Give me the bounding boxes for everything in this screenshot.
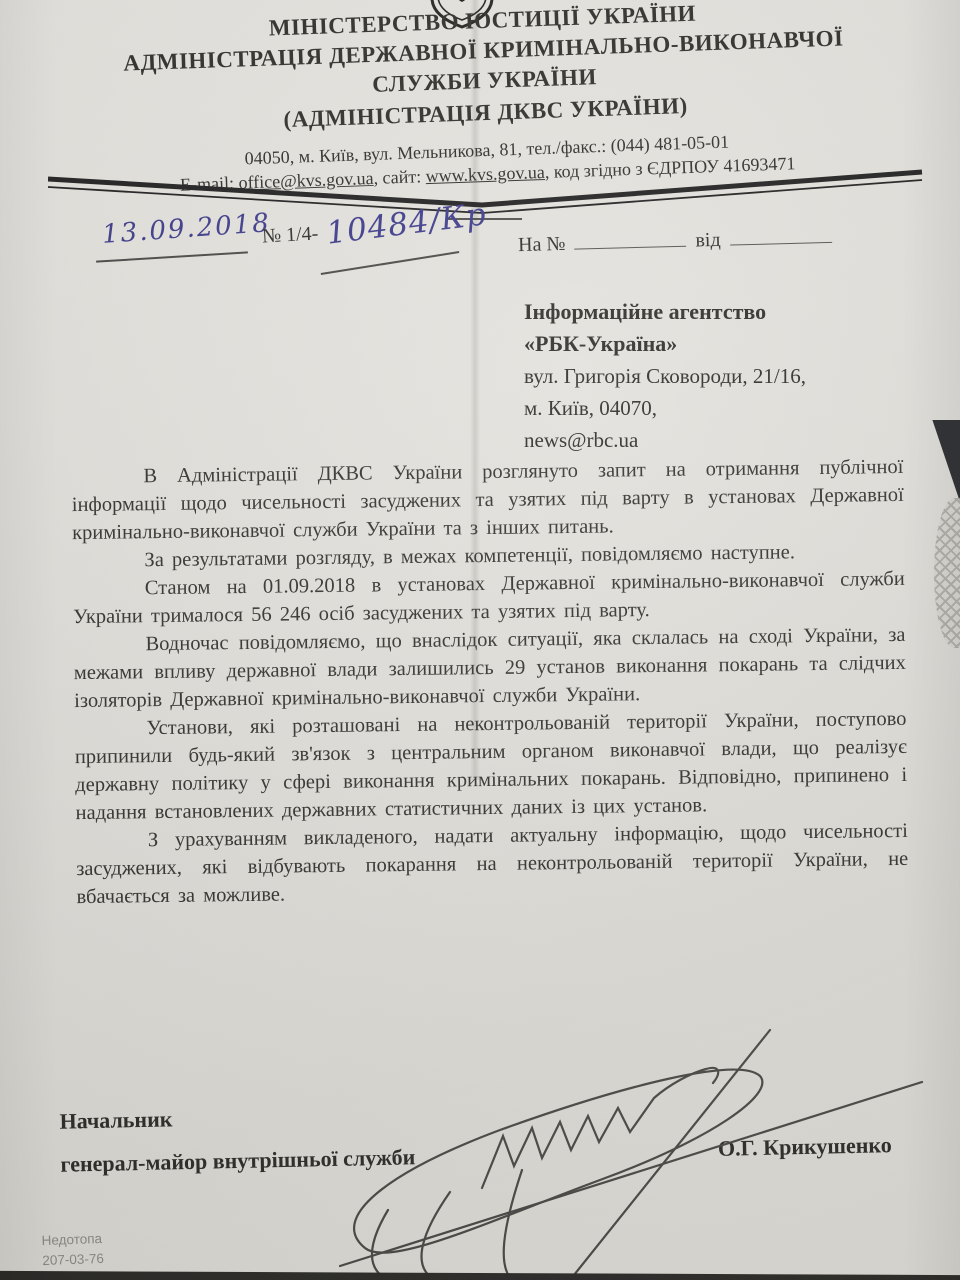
scanned-letter-page: МІНІСТЕРСТВО ЮСТИЦІЇ УКРАЇНИ АДМІНІСТРАЦ… (0, 0, 960, 1280)
photo-edge-texture (934, 498, 960, 648)
paragraph-6: З урахуванням викладеного, надати актуал… (76, 817, 909, 911)
executor-name: Недотопа (41, 1229, 103, 1251)
paragraph-4: Водночас повідомляємо, що внаслідок ситу… (73, 621, 906, 715)
paragraph-5: Установи, які розташовані на неконтрольо… (74, 705, 907, 827)
letter-body: В Адміністрації ДКВС України розглянуто … (71, 453, 908, 911)
reply-reference-row: На № від (518, 222, 832, 257)
photo-background-corner (930, 420, 960, 502)
outgoing-number-prefix: № 1/4- (261, 223, 318, 249)
recipient-org-line1: Інформаційне агентство (524, 296, 806, 328)
recipient-street: вул. Григорія Сковороди, 21/16, (524, 360, 806, 392)
recipient-block: Інформаційне агентство «РБК-Україна» вул… (524, 296, 806, 456)
reply-number-blank (574, 226, 687, 250)
executor-note: Недотопа 207-03-76 (41, 1229, 104, 1271)
reply-vid-label: від (695, 229, 721, 253)
reply-date-blank (729, 222, 832, 246)
date-underline (96, 251, 248, 262)
reply-na-label: На № (518, 233, 566, 257)
recipient-org-line2: «РБК-Україна» (524, 328, 806, 360)
recipient-city: м. Київ, 04070, (524, 392, 806, 424)
paragraph-3: Станом на 01.09.2018 в установах Державн… (73, 565, 906, 631)
handwritten-signature-icon (270, 1020, 960, 1280)
recipient-email: news@rbc.ua (524, 424, 806, 456)
paragraph-1: В Адміністрації ДКВС України розглянуто … (71, 453, 904, 547)
executor-phone: 207-03-76 (42, 1249, 104, 1271)
number-underline (321, 251, 460, 275)
